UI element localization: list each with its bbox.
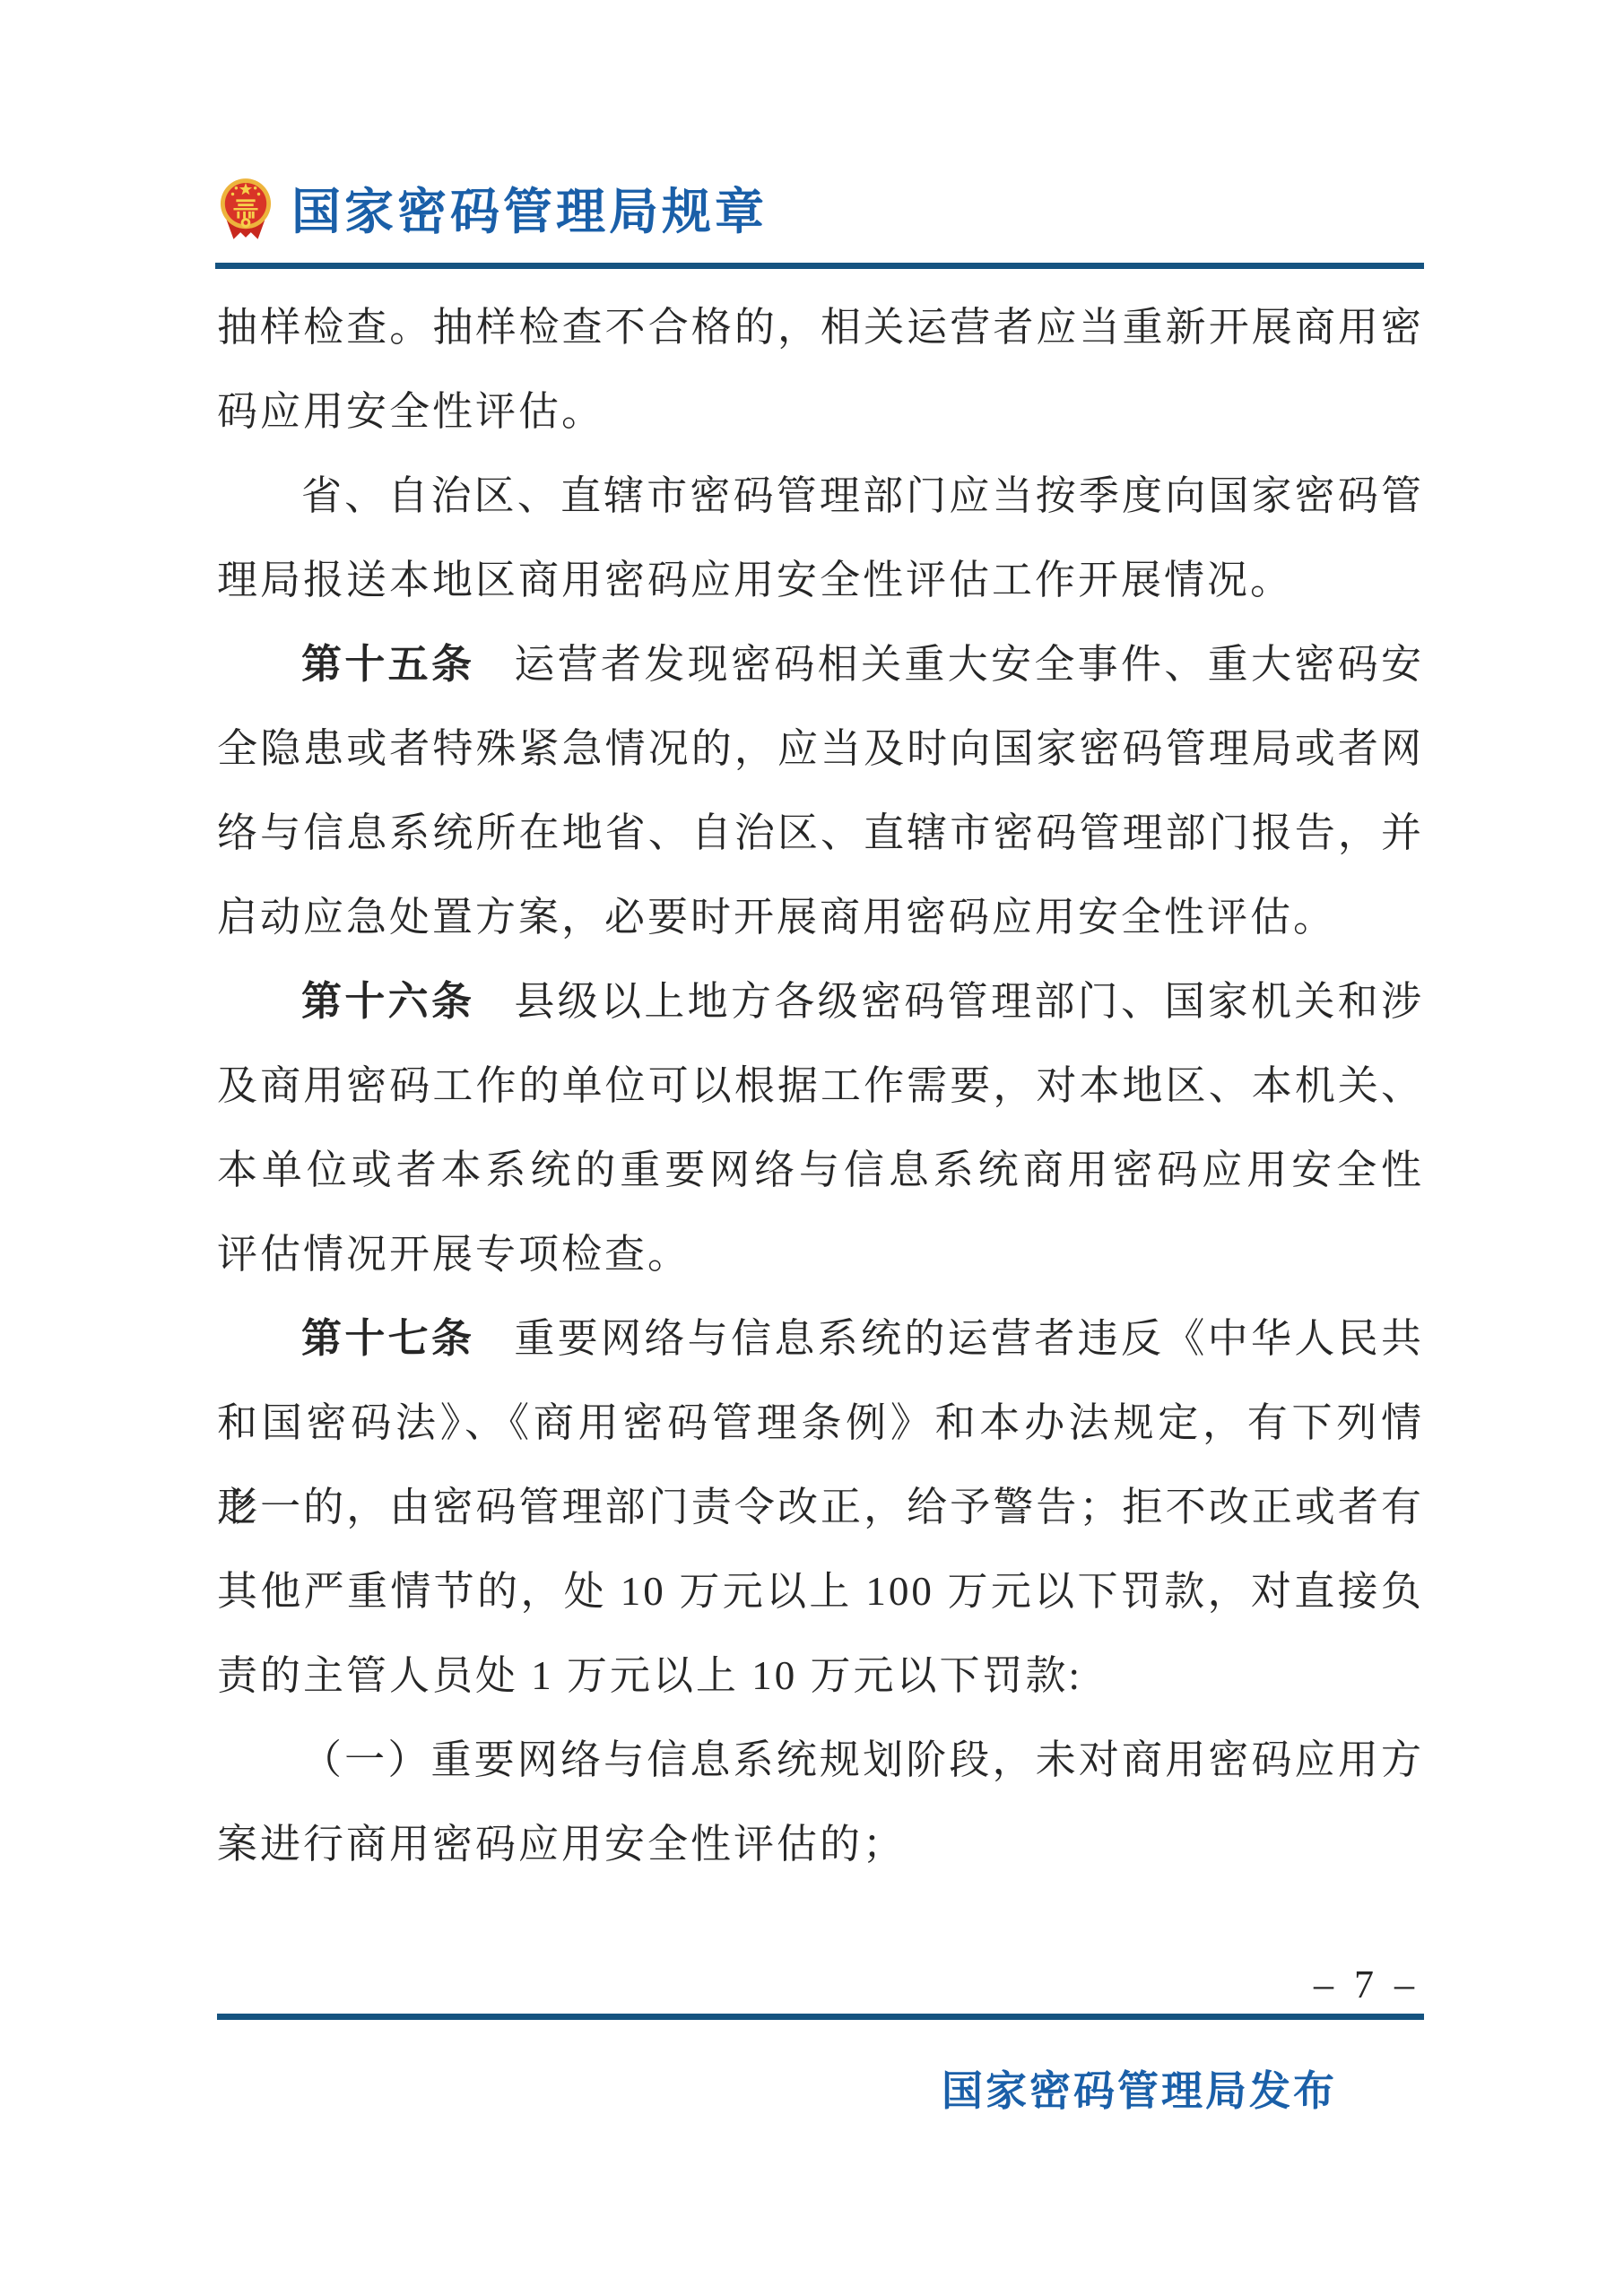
body-line: 络与信息系统所在地省、自治区、直辖市密码管理部门报告，并 <box>217 791 1424 875</box>
body-line: 理局报送本地区商用密码应用安全性评估工作开展情况。 <box>217 538 1424 622</box>
body-line-text: 案进行商用密码应用安全性评估的； <box>217 1822 906 1867</box>
body-line: 第十七条重要网络与信息系统的运营者违反《中华人民共 <box>217 1296 1424 1381</box>
body-line: 评估情况开展专项检查。 <box>217 1212 1424 1296</box>
body-line: 全隐患或者特殊紧急情况的，应当及时向国家密码管理局或者网 <box>217 706 1424 791</box>
body-line: （一）重要网络与信息系统规划阶段，未对商用密码应用方 <box>217 1718 1424 1802</box>
body-line: 责的主管人员处 1 万元以上 10 万元以下罚款: <box>217 1633 1424 1718</box>
body-line-text: 之一的，由密码管理部门责令改正，给予警告；拒不改正或者有 <box>217 1485 1424 1529</box>
document-header: 国家密码管理局规章 <box>220 172 768 243</box>
page-number: – 7 – <box>1314 1962 1420 2007</box>
body-line: 和国密码法》、《商用密码管理条例》和本办法规定，有下列情形 <box>217 1381 1424 1465</box>
body-line: 及商用密码工作的单位可以根据工作需要，对本地区、本机关、 <box>217 1044 1424 1128</box>
body-line: 之一的，由密码管理部门责令改正，给予警告；拒不改正或者有 <box>217 1465 1424 1549</box>
publisher-line: 国家密码管理局发布 <box>942 2058 1337 2118</box>
body-line-text: 本单位或者本系统的重要网络与信息系统商用密码应用安全性 <box>217 1148 1424 1192</box>
body-line-text: 码应用安全性评估。 <box>217 389 604 434</box>
body-line-text: 运营者发现密码相关重大安全事件、重大密码安 <box>514 642 1424 687</box>
body-line: 抽样检查。抽样检查不合格的，相关运营者应当重新开展商用密 <box>217 285 1424 369</box>
body-line-text: 省、自治区、直辖市密码管理部门应当按季度向国家密码管 <box>301 473 1424 518</box>
header-divider <box>215 263 1424 269</box>
body-line-text: 全隐患或者特殊紧急情况的，应当及时向国家密码管理局或者网 <box>217 726 1424 771</box>
document-body: 抽样检查。抽样检查不合格的，相关运营者应当重新开展商用密码应用安全性评估。省、自… <box>217 285 1424 1886</box>
national-emblem-icon <box>220 175 272 241</box>
article-number: 第十五条 <box>301 641 474 687</box>
article-number: 第十七条 <box>301 1315 474 1361</box>
body-line-text: 县级以上地方各级密码管理部门、国家机关和涉 <box>514 979 1424 1024</box>
body-line-text: 责的主管人员处 1 万元以上 10 万元以下罚款: <box>217 1653 1082 1698</box>
body-line-text: 及商用密码工作的单位可以根据工作需要，对本地区、本机关、 <box>217 1063 1424 1108</box>
body-line-text: 评估情况开展专项检查。 <box>217 1232 690 1277</box>
body-line-text: 抽样检查。抽样检查不合格的，相关运营者应当重新开展商用密 <box>217 305 1424 350</box>
body-line: 省、自治区、直辖市密码管理部门应当按季度向国家密码管 <box>217 454 1424 538</box>
body-line-text: 重要网络与信息系统的运营者违反《中华人民共 <box>514 1316 1424 1361</box>
body-line: 码应用安全性评估。 <box>217 369 1424 454</box>
body-line: 第十五条运营者发现密码相关重大安全事件、重大密码安 <box>217 622 1424 706</box>
body-line: 案进行商用密码应用安全性评估的； <box>217 1802 1424 1886</box>
body-line-text: 络与信息系统所在地省、自治区、直辖市密码管理部门报告，并 <box>217 810 1424 855</box>
body-line: 启动应急处置方案，必要时开展商用密码应用安全性评估。 <box>217 875 1424 959</box>
body-line: 其他严重情节的，处 10 万元以上 100 万元以下罚款，对直接负 <box>217 1549 1424 1633</box>
body-line-text: （一）重要网络与信息系统规划阶段，未对商用密码应用方 <box>301 1737 1424 1782</box>
page-title: 国家密码管理局规章 <box>291 172 768 243</box>
document-page: 国家密码管理局规章 抽样检查。抽样检查不合格的，相关运营者应当重新开展商用密码应… <box>0 0 1624 2296</box>
article-number: 第十六条 <box>301 978 474 1024</box>
body-line-text: 启动应急处置方案，必要时开展商用密码应用安全性评估。 <box>217 895 1336 940</box>
body-line: 本单位或者本系统的重要网络与信息系统商用密码应用安全性 <box>217 1128 1424 1212</box>
body-line: 第十六条县级以上地方各级密码管理部门、国家机关和涉 <box>217 959 1424 1044</box>
footer-divider <box>217 2014 1424 2020</box>
body-line-text: 其他严重情节的，处 10 万元以上 100 万元以下罚款，对直接负 <box>217 1569 1424 1614</box>
body-line-text: 理局报送本地区商用密码应用安全性评估工作开展情况。 <box>217 558 1293 602</box>
